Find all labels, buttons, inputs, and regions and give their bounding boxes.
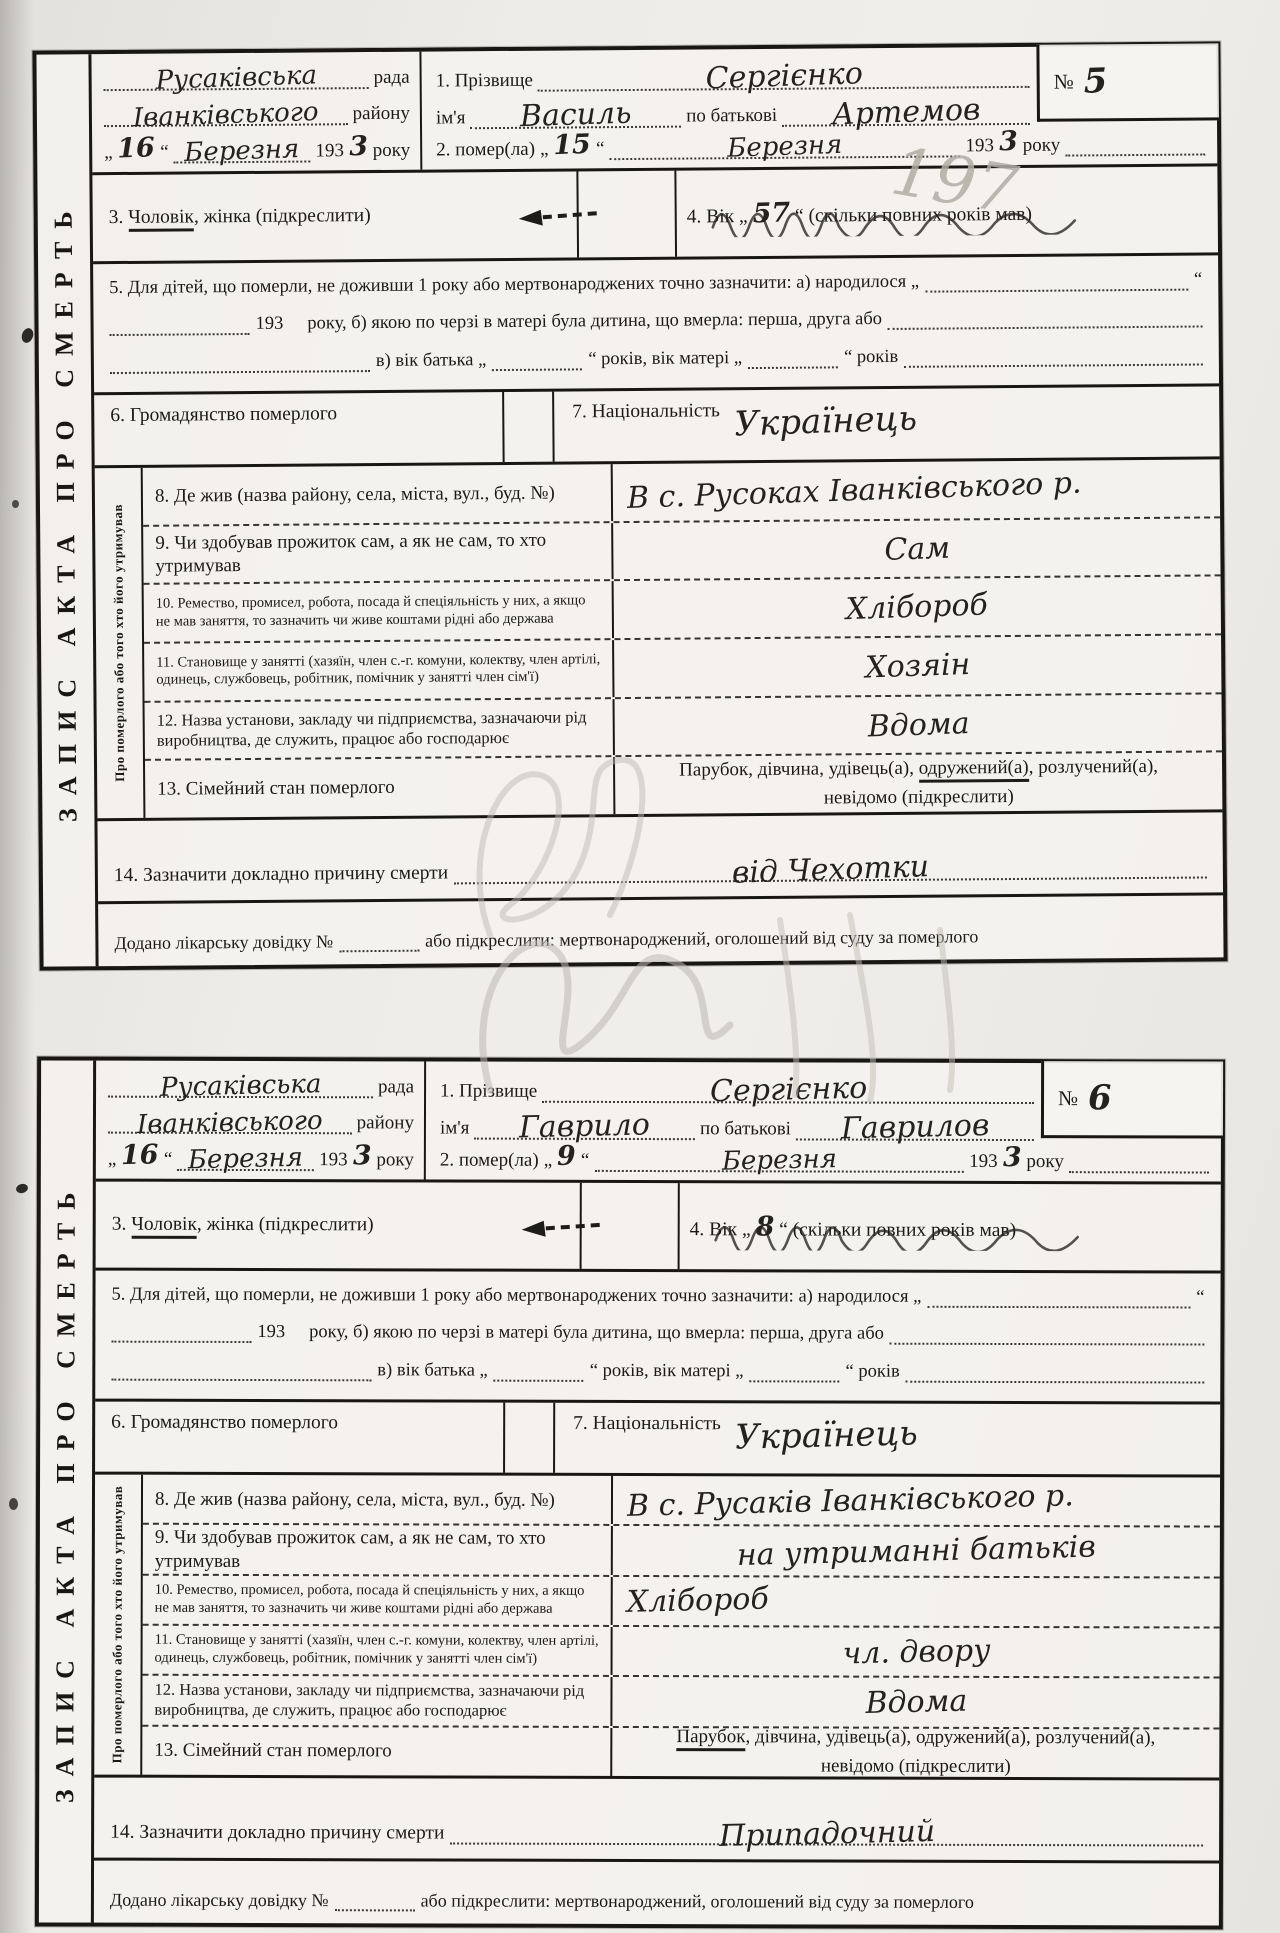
dotted-line <box>890 1343 1205 1346</box>
workplace-handwriting: Вдома <box>867 706 970 744</box>
medical-certificate-row: Додано лікарську довідку № або підкресли… <box>98 895 1223 966</box>
sex-age-divider-cell <box>576 171 677 258</box>
occupation-handwriting: Хлібороб <box>846 588 989 628</box>
citizenship-nationality-row: 6. Громадянство померлого 7. Національні… <box>94 386 1220 468</box>
marital-options: Парубок, дівчина, удівець(а), одружений(… <box>612 1728 1219 1778</box>
dotted-line: Артемов <box>782 90 1030 127</box>
given-name-handwriting: Гаврило <box>519 1108 651 1144</box>
dotted-line: Русаківська <box>108 1067 373 1098</box>
name-death-block: № 6 1. Прізвище Сергієнко ім'я Гаврило п… <box>426 1061 1221 1181</box>
occupation-question: 10. Ремество, промисел, робота, посада й… <box>144 581 614 641</box>
certificate-options: або підкреслити: мертвонароджений, оголо… <box>425 926 978 951</box>
dotted-line <box>925 289 1188 293</box>
year-193-label: 193 <box>257 1323 285 1344</box>
surname-label: 1. Прізвище <box>436 71 533 93</box>
infant-death-row: 5. Для дітей, що померли, не доживши 1 р… <box>93 255 1219 395</box>
roku-label: року <box>376 1150 414 1171</box>
citizenship-question: 6. Громадянство померлого <box>95 1402 503 1473</box>
close-quote: “ <box>1194 270 1202 291</box>
years-label: “ років <box>846 1361 900 1382</box>
citizenship-question: 6. Громадянство померлого <box>94 392 503 465</box>
rada-label: рада <box>378 1077 414 1098</box>
infant-line-2: 193 року, б) якою по черзі в матері була… <box>109 307 1202 337</box>
nationality-label: 7. Національність <box>573 1413 721 1435</box>
residence-question: 8. Де жив (назва району, села, міста, ву… <box>143 464 613 524</box>
death-record-form-2: ЗАПИС АКТА ПРО СМЕРТЬ Русаківська рада І… <box>35 1056 1225 1929</box>
cause-of-death-row: 14. Зазначити докладно причину смерти Пр… <box>94 1775 1219 1864</box>
reg-year-digit-handwriting: 3 <box>352 1141 371 1171</box>
opt-parubok-underlined: Парубок <box>676 1726 745 1751</box>
occupation-answer: Хлібороб <box>613 1577 1220 1627</box>
district-line: Іванківського району <box>104 94 410 127</box>
reg-year-digit-handwriting: 3 <box>348 132 368 162</box>
workplace-row: 12. Назва установи, закладу чи підприємс… <box>145 694 1222 761</box>
opt-married: одружений(а) <box>916 1727 1026 1748</box>
age-question: 4. Вік „ 8 “ (скільки повних років мав) <box>680 1211 1221 1243</box>
infant-line-2: 193 року, б) якою по черзі в матері була… <box>111 1322 1204 1346</box>
district-line: Іванківського району <box>108 1103 414 1134</box>
patronymic-label: по батькові <box>686 106 777 128</box>
dotted-line: Іванківського <box>104 95 348 128</box>
sex-question: 3. Чоловік, жінка (підкреслити) <box>93 203 577 229</box>
opt-middle: , дівчина, удівець(а), <box>745 1727 916 1748</box>
sex-age-divider-cell <box>580 1183 680 1269</box>
dotted-line: Гаврило <box>474 1104 695 1140</box>
form-title-vertical: ЗАПИС АКТА ПРО СМЕРТЬ <box>50 1180 82 1804</box>
deceased-details-block: Про померлого або того хто його утримува… <box>94 1475 1220 1778</box>
residence-answer: В с. Русаків Іванківського р. <box>613 1476 1220 1526</box>
cause-label: 14. Зазначити докладно причину смерти <box>114 862 448 887</box>
sex-question: 3. Чоловік, жінка (підкреслити) <box>96 1214 580 1237</box>
question-answer-rows: 8. Де жив (назва району, села, міста, ву… <box>141 459 1223 817</box>
infant-line-3: в) вік батька „ “ років, вік матері „ “ … <box>111 1359 1204 1383</box>
paper-speck <box>20 327 35 345</box>
position-row: 11. Становище у занятті (хазяїн, член с.… <box>144 635 1221 702</box>
dotted-line <box>110 333 250 336</box>
father-age-label: в) вік батька „ <box>376 350 487 372</box>
death-date-line: 2. помер(ла) „ 9 “ Березня 1933 року <box>440 1141 1209 1174</box>
citizenship-nationality-row: 6. Громадянство померлого 7. Національні… <box>95 1402 1220 1478</box>
form-header: Русаківська рада Іванківського району „ … <box>96 1061 1221 1185</box>
infant-label-1: 5. Для дітей, що померли, не доживши 1 р… <box>109 272 919 299</box>
roku-label: року <box>1026 1152 1064 1173</box>
dotted-line <box>494 1379 584 1381</box>
number-sign: № <box>1054 69 1074 94</box>
workplace-handwriting: Вдома <box>865 1684 968 1721</box>
dotted-line: Іванківського <box>108 1103 352 1134</box>
registration-date-line: „ 16 “ Березня 1933 року <box>108 1140 414 1171</box>
record-number-box: № 6 <box>1041 1061 1223 1138</box>
paper-speck <box>9 1498 18 1510</box>
death-month-handwriting: Березня <box>727 131 843 163</box>
deceased-details-block: Про померлого або того хто його утримува… <box>95 459 1223 818</box>
workplace-question: 12. Назва установи, закладу чи підприємс… <box>145 699 615 759</box>
scanned-page-background: ЗАПИС АКТА ПРО СМЕРТЬ Русаківська рада І… <box>0 0 1280 1933</box>
workplace-row: 12. Назва установи, закладу чи підприємс… <box>142 1676 1219 1729</box>
livelihood-row: 9. Чи здобував прожиток сам, а як не сам… <box>143 1525 1220 1578</box>
open-quote: „ <box>108 1150 116 1171</box>
registration-date-line: „ 16 “ Березня 1933 року <box>104 131 410 164</box>
council-name-handwriting: Русаківська <box>160 1070 322 1102</box>
dotted-line: від Чехотки <box>454 841 1207 884</box>
close-quote: “ <box>581 1151 589 1172</box>
cause-label: 14. Зазначити докладно причину смерти <box>110 1822 444 1845</box>
occupation-question: 10. Ремество, промисел, робота, посада й… <box>143 1575 613 1625</box>
record-number-handwriting: 5 <box>1083 61 1108 102</box>
opt-end: , розлучений(а), <box>1029 756 1158 778</box>
dotted-line <box>111 1341 251 1343</box>
marital-options-text: Парубок, дівчина, удівець(а), одружений(… <box>612 1723 1219 1782</box>
dotted-line <box>888 326 1203 330</box>
livelihood-question: 9. Чи здобував прожиток сам, а як не сам… <box>143 1525 613 1575</box>
q3-number: 3. <box>109 207 124 228</box>
ink-flourish <box>710 1216 1130 1251</box>
form-side-strip: ЗАПИС АКТА ПРО СМЕРТЬ <box>39 1060 96 1922</box>
empty-cell <box>503 1403 555 1473</box>
workplace-answer: Вдома <box>615 694 1222 755</box>
sex-age-row: 3. Чоловік, жінка (підкреслити) 4. Вік „… <box>92 166 1218 264</box>
occupation-row: 10. Ремество, промисел, робота, посада й… <box>144 577 1221 644</box>
marital-status-row: 13. Сімейний стан померлого Парубок, дів… <box>145 753 1222 818</box>
dotted-line <box>492 368 582 371</box>
paper-speck <box>15 1183 29 1195</box>
infant-label-2: року, б) якою по черзі в матері була дит… <box>307 309 882 335</box>
livelihood-row: 9. Чи здобував прожиток сам, а як не сам… <box>143 518 1220 585</box>
pencil-arrow-mark <box>515 199 601 240</box>
occupation-handwriting: Хлібороб <box>626 1582 769 1620</box>
sex-man-underlined: Чоловік <box>131 1214 197 1239</box>
position-answer: чл. двору <box>613 1627 1220 1677</box>
year-193-label: 193 <box>319 1150 348 1171</box>
nationality-handwriting: Українець <box>734 1413 917 1457</box>
death-day-handwriting: 9 <box>557 1142 576 1172</box>
dotted-line <box>748 366 838 369</box>
infant-label-1: 5. Для дітей, що померли, не доживши 1 р… <box>111 1285 921 1308</box>
about-strip: Про померлого або того хто його утримува… <box>94 1475 141 1775</box>
close-quote: “ <box>1196 1288 1204 1309</box>
name-label: ім'я <box>440 1118 470 1139</box>
nationality-question: 7. Національність Українець <box>555 1403 1220 1475</box>
sex-man-underlined: Чоловік <box>128 206 194 232</box>
dotted-line <box>110 370 370 374</box>
marital-status-row: 13. Сімейний стан померлого Парубок, дів… <box>142 1726 1219 1777</box>
record-number-handwriting: 6 <box>1088 1078 1113 1119</box>
given-name-handwriting: Василь <box>519 96 632 133</box>
council-name-handwriting: Русаківська <box>155 61 317 95</box>
position-question: 11. Становище у занятті (хазяїн, член с.… <box>143 1626 613 1676</box>
position-handwriting: чл. двору <box>842 1633 991 1671</box>
district-name-handwriting: Іванківського <box>137 1106 323 1139</box>
residence-question: 8. Де жив (назва району, села, міста, ву… <box>143 1475 613 1525</box>
form-main: Русаківська рада Іванківського району „ … <box>91 45 1223 966</box>
certificate-label: Додано лікарську довідку № <box>110 1890 329 1912</box>
marital-question: 13. Сімейний стан померлого <box>145 757 615 817</box>
council-district-date-block: Русаківська рада Іванківського району „ … <box>91 52 422 173</box>
surname-handwriting: Сергієнко <box>709 1072 867 1109</box>
roku-label: року <box>373 141 411 162</box>
nationality-handwriting: Українець <box>733 398 917 444</box>
residence-handwriting: В с. Русоках Іванківського р. <box>626 465 1082 515</box>
position-handwriting: Хозяін <box>865 647 971 686</box>
surname-handwriting: Сергієнко <box>705 57 863 95</box>
council-district-date-block: Русаківська рада Іванківського району „ … <box>96 1061 426 1180</box>
workplace-question: 12. Назва установи, закладу чи підприємс… <box>142 1676 612 1726</box>
patronymic-handwriting: Гаврилов <box>840 1109 989 1145</box>
infant-label-2: року, б) якою по черзі в матері була дит… <box>309 1323 884 1346</box>
close-quote: “ <box>164 1150 172 1171</box>
year-193-label: 193 <box>969 1152 998 1173</box>
marital-question: 13. Сімейний стан померлого <box>142 1726 612 1776</box>
nationality-question: 7. Національність Українець <box>554 386 1220 461</box>
patronymic-label: по батькові <box>700 1119 791 1140</box>
position-row: 11. Становище у занятті (хазяїн, член с.… <box>143 1626 1220 1679</box>
paper-speck <box>12 500 19 508</box>
number-sign: № <box>1058 1086 1078 1111</box>
dotted-line: Сергієнко <box>538 53 1030 92</box>
reg-day-handwriting: 16 <box>117 134 156 165</box>
died-label: 2. помер(ла) <box>436 140 535 162</box>
sex-age-row: 3. Чоловік, жінка (підкреслити) 4. Вік „… <box>96 1182 1221 1274</box>
died-label: 2. помер(ла) <box>440 1151 539 1172</box>
raionu-label: району <box>353 104 410 125</box>
council-line: Русаківська рада <box>103 58 409 91</box>
sex-rest-label: , жінка (підкреслити) <box>197 1214 374 1235</box>
dotted-line <box>927 1306 1190 1309</box>
medical-certificate-row: Додано лікарську довідку № або підкресли… <box>94 1861 1219 1926</box>
workplace-answer: Вдома <box>612 1677 1219 1727</box>
opt-parubok: Парубок <box>679 759 748 781</box>
death-month-handwriting: Березня <box>721 1145 837 1176</box>
years-label: “ років <box>844 347 898 368</box>
nationality-label: 7. Національність <box>572 400 720 423</box>
death-year-digit-handwriting: 3 <box>1002 1143 1021 1173</box>
open-quote: „ <box>104 143 113 164</box>
district-name-handwriting: Іванківського <box>132 98 319 133</box>
certificate-options: або підкреслити: мертвонароджений, оголо… <box>421 1890 974 1912</box>
dotted-line: Березня <box>174 132 311 164</box>
dotted-line <box>904 363 1203 367</box>
opt-married-underlined: одружений(а) <box>919 757 1029 783</box>
opt-unknown: невідомо (підкреслити) <box>821 1755 1011 1776</box>
open-quote: „ <box>540 140 549 161</box>
empty-cell <box>502 392 555 462</box>
livelihood-handwriting: Сам <box>883 530 950 567</box>
record-number-box: № 5 <box>1036 43 1219 121</box>
death-record-form-1: ЗАПИС АКТА ПРО СМЕРТЬ Русаківська рада І… <box>32 41 1227 970</box>
residence-answer: В с. Русоках Іванківського р. <box>613 459 1220 520</box>
cause-of-death-row: 14. Зазначити докладно причину смерти ві… <box>97 809 1223 904</box>
residence-handwriting: В с. Русаків Іванківського р. <box>627 1478 1074 1524</box>
position-answer: Хозяін <box>614 635 1221 696</box>
patronymic-handwriting: Артемов <box>831 93 981 131</box>
livelihood-question: 9. Чи здобував прожиток сам, а як не сам… <box>143 523 613 583</box>
surname-label: 1. Прізвище <box>440 1082 537 1103</box>
close-quote: “ <box>160 143 169 164</box>
year-193-label: 193 <box>255 314 283 335</box>
dotted-line <box>750 1380 840 1382</box>
about-strip: Про померлого або того хто його утримува… <box>95 468 144 818</box>
about-strip-vertical-label: Про померлого або того хто його утримува… <box>110 504 128 782</box>
question-answer-rows: 8. Де жив (назва району, села, міста, ву… <box>140 1475 1220 1778</box>
dotted-line <box>339 950 419 953</box>
dotted-line: Гаврилов <box>796 1105 1034 1141</box>
open-quote: „ <box>544 1151 552 1172</box>
infant-line-1: 5. Для дітей, що померли, не доживши 1 р… <box>111 1285 1204 1309</box>
certificate-label: Додано лікарську довідку № <box>114 931 333 954</box>
opt-end: , розлучений(а), <box>1026 1727 1155 1748</box>
form-side-strip: ЗАПИС АКТА ПРО СМЕРТЬ <box>36 54 98 966</box>
year-193-label: 193 <box>315 141 344 162</box>
form-title-vertical: ЗАПИС АКТА ПРО СМЕРТЬ <box>49 199 84 823</box>
name-label: ім'я <box>436 108 466 129</box>
dotted-line <box>1065 153 1205 156</box>
opt-middle: , дівчина, удівець(а), <box>748 758 919 780</box>
infant-line-1: 5. Для дітей, що померли, не доживши 1 р… <box>109 270 1202 300</box>
cause-handwriting: від Чехотки <box>731 849 929 891</box>
council-line: Русаківська рада <box>108 1067 414 1098</box>
pencil-arrow-mark <box>518 1211 604 1251</box>
dotted-line: Сергієнко <box>542 1068 1034 1104</box>
reg-month-handwriting: Березня <box>184 135 300 167</box>
name-death-block: № 5 1. Прізвище Сергієнко ім'я Василь по… <box>421 45 1217 169</box>
occupation-answer: Хлібороб <box>614 577 1221 638</box>
dotted-line <box>111 1378 371 1381</box>
dotted-line <box>335 1909 415 1911</box>
livelihood-answer: Сам <box>613 518 1220 579</box>
close-quote: “ <box>596 139 605 160</box>
mother-age-label: “ років, вік матері „ <box>588 348 742 370</box>
form-main: Русаківська рада Іванківського району „ … <box>94 1061 1221 1926</box>
reg-month-handwriting: Березня <box>188 1144 304 1175</box>
father-age-label: в) вік батька „ <box>377 1360 487 1381</box>
residence-row: 8. Де жив (назва району, села, міста, ву… <box>143 1475 1220 1528</box>
sex-rest-label: , жінка (підкреслити) <box>194 205 371 227</box>
dotted-line: Березня <box>594 1141 964 1173</box>
raionu-label: району <box>357 1114 414 1135</box>
roku-label: року <box>1023 136 1061 157</box>
occupation-row: 10. Ремество, промисел, робота, посада й… <box>143 1575 1220 1628</box>
reg-day-handwriting: 16 <box>121 1141 159 1172</box>
position-question: 11. Становище у занятті (хазяїн, член с.… <box>144 640 614 700</box>
q3-number: 3. <box>112 1214 127 1235</box>
rada-label: рада <box>374 67 410 88</box>
mother-age-label: “ років, вік матері „ <box>590 1361 744 1382</box>
dotted-line <box>906 1381 1205 1384</box>
cause-handwriting: Припадочний <box>718 1814 935 1854</box>
about-strip-vertical-label: Про померлого або того хто його утримува… <box>109 1486 126 1764</box>
marital-options: Парубок, дівчина, удівець(а), одружений(… <box>615 753 1222 814</box>
dotted-line: Русаківська <box>103 58 368 91</box>
livelihood-handwriting: на утриманні батьків <box>737 1530 1097 1573</box>
livelihood-answer: на утриманні батьків <box>613 1526 1220 1576</box>
dotted-line: Березня <box>177 1140 314 1171</box>
dotted-line: Василь <box>470 92 681 129</box>
dotted-line: Припадочний <box>450 1808 1203 1847</box>
infant-line-3: в) вік батька „ “ років, вік матері „ “ … <box>110 344 1203 374</box>
form-header: Русаківська рада Іванківського району „ … <box>91 45 1217 175</box>
dotted-line <box>1069 1171 1209 1173</box>
residence-row: 8. Де жив (назва району, села, міста, ву… <box>143 459 1220 526</box>
death-day-handwriting: 15 <box>553 130 592 161</box>
marital-options-text: Парубок, дівчина, удівець(а), одружений(… <box>615 753 1222 815</box>
infant-death-row: 5. Для дітей, що померли, не доживши 1 р… <box>95 1271 1220 1405</box>
opt-unknown: невідомо (підкреслити) <box>824 786 1014 808</box>
